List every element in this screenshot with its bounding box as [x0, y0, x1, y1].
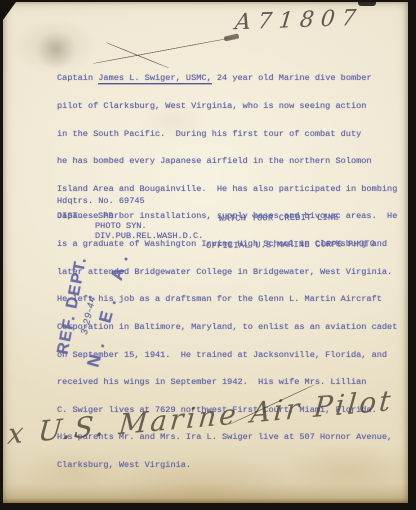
caption-line1-post: 24 year old Marine dive bomber — [212, 73, 372, 83]
credit-line-1: WATCH YOUR CREDIT LINE — [219, 213, 375, 224]
photo-verso-paper: A71807 Captain James L. Swiger, USMC, 24… — [3, 2, 408, 503]
ref-dept-stamp: REF. DEPT. 3-29-44 N. E. A. — [17, 248, 165, 370]
caption-name-underlined: James L. Swiger, USMC, — [98, 73, 211, 83]
caption-line: Captain James L. Swiger, USMC, 24 year o… — [57, 74, 413, 83]
scan-background: { "document": { "handwritten_id": "A7180… — [0, 0, 416, 510]
caption-line: he has bombed every Japanese airfield in… — [57, 157, 413, 166]
caption-line: Island Area and Bougainville. He has als… — [57, 185, 413, 194]
credit-line: WATCH YOUR CREDIT LINE OFFICIAL U.S.MARI… — [206, 195, 376, 269]
caption-line1-pre: Captain — [57, 73, 98, 83]
handwritten-id: A71807 — [234, 6, 364, 36]
hq-number: Hdqtrs. No. 69745 — [57, 196, 145, 206]
dist-photo-syn: PHOTO SYN. — [95, 221, 147, 231]
pencil-mark — [224, 33, 240, 41]
dist-label: DIST. — [57, 211, 83, 221]
dist-value: SPD — [98, 211, 113, 221]
caption-line: pilot of Clarksburg, West Virginia, who … — [57, 102, 413, 111]
credit-line-2: OFFICIAL U.S.MARINE CORPS PHOTO — [206, 240, 375, 251]
caption-line: in the South Pacific. During his first t… — [57, 130, 413, 139]
dist-div-pub-rel: DIV.PUB.REL.WASH.D.C. — [95, 231, 203, 241]
caption-line: Clarksburg, West Virginia. — [57, 461, 413, 470]
